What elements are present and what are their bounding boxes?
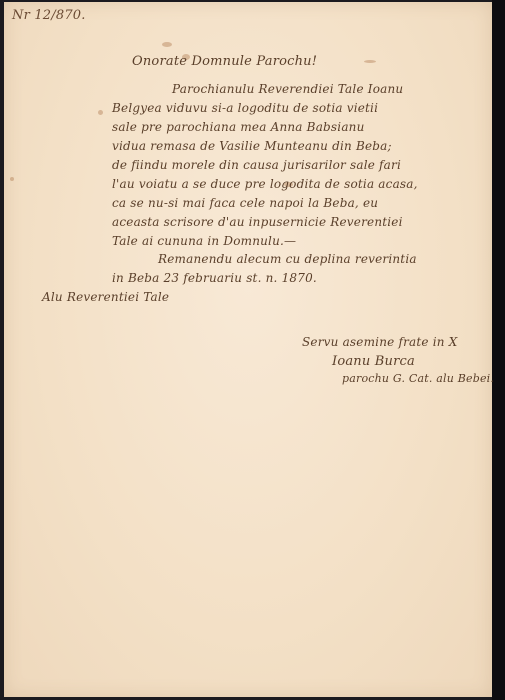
signature-name: Ioanu Burca [332,354,415,369]
signature-line: Servu asemine frate in X [302,335,457,349]
ink-stain [10,177,14,181]
closing-line: Alu Reverentiei Tale [42,290,169,304]
body-line: ca se nu-si mai faca cele napoi la Beba,… [112,196,378,210]
ink-stain [98,110,103,115]
date-line: in Beba 23 februariu st. n. 1870. [112,271,317,285]
ink-stain [162,42,172,47]
signature-title: parochu G. Cat. alu Bebei. [342,372,494,385]
body-line: l'au voiatu a se duce pre logodita de so… [112,177,418,191]
body-line: aceasta scrisore d'au inpusernicie Rever… [112,215,403,229]
salutation: Onorate Domnule Parochu! [132,54,317,69]
scan-right-edge [492,0,505,700]
body-line: vidua remasa de Vasilie Munteanu din Beb… [112,139,392,153]
reference-number: Nr 12/870. [12,8,86,23]
body-line: sale pre parochiana mea Anna Babsianu [112,120,365,134]
body-line: Belgyea viduvu si-a logoditu de sotia vi… [112,101,378,115]
body-line: de fiindu morele din causa jurisarilor s… [112,158,401,172]
body-line: Tale ai cununa in Domnulu.— [112,234,296,248]
body-line: Parochianulu Reverendiei Tale Ioanu [172,82,403,96]
body-line: Remanendu alecum cu deplina reverintia [158,252,417,266]
ink-stain [364,60,376,63]
